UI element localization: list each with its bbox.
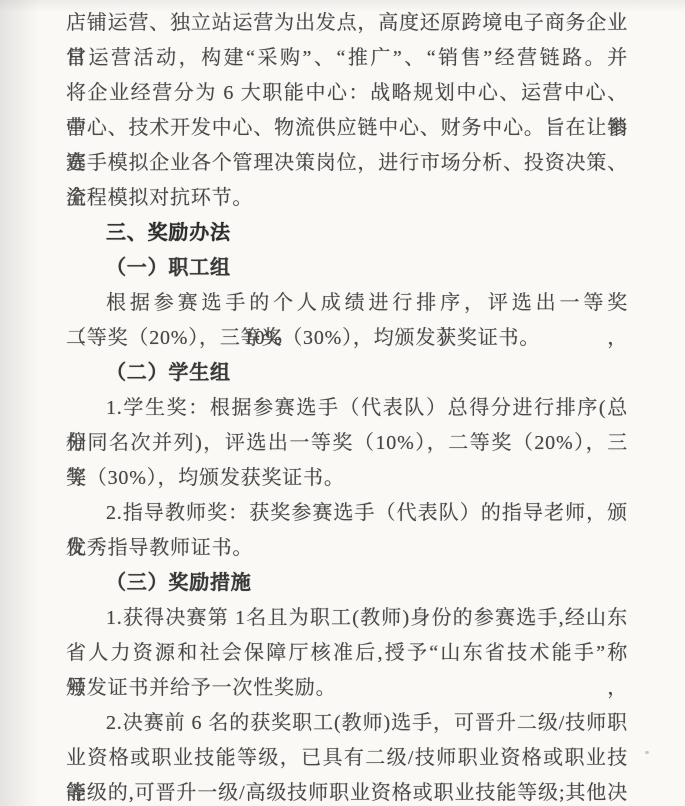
section-heading: 三、奖励办法 bbox=[66, 216, 628, 251]
body-line: 等级的,可晋升一级/高级技师职业资格或职业技能等级;其他决 bbox=[66, 776, 628, 806]
subsection-heading: （一）职工组 bbox=[66, 251, 628, 286]
body-line: 相同名次并列)，评选出一等奖（10%），二等奖（20%），三等 bbox=[66, 426, 628, 461]
body-line: 奖（30%），均颁发获奖证书。 bbox=[66, 461, 628, 496]
body-line: 1.获得决赛第 1名且为职工(教师)身份的参赛选手,经山东 bbox=[66, 601, 628, 636]
body-line: 将企业经营分为 6 大职能中心：战略规划中心、运营中心、营销 bbox=[66, 76, 628, 111]
text-block: 店铺运营、独立站运营为出发点，高度还原跨境电子商务企业日 常运营活动，构建“采购… bbox=[66, 6, 628, 806]
subsection-heading: （二）学生组 bbox=[66, 356, 628, 391]
body-line: 中心、技术开发中心、物流供应链中心、财务中心。旨在让参赛 bbox=[66, 111, 628, 146]
body-line: 流程模拟对抗环节。 bbox=[66, 181, 628, 216]
body-line: 业资格或职业技能等级，已具有二级/技师职业资格或职业技能 bbox=[66, 741, 628, 776]
body-line: 选手模拟企业各个管理决策岗位，进行市场分析、投资决策、全 bbox=[66, 146, 628, 181]
body-line: 省人力资源和社会保障厅核准后,授予“山东省技术能手”称号， bbox=[66, 636, 628, 671]
subsection-heading: （三）奖励措施 bbox=[66, 566, 628, 601]
body-line: 店铺运营、独立站运营为出发点，高度还原跨境电子商务企业日 bbox=[66, 6, 628, 41]
body-line: 1.学生奖：根据参赛选手（代表队）总得分进行排序(总分 bbox=[66, 391, 628, 426]
body-line: 常运营活动，构建“采购”、“推广”、“销售”经营链路。并 bbox=[66, 41, 628, 76]
scan-left-shadow bbox=[0, 0, 46, 806]
scan-speck bbox=[645, 751, 649, 754]
body-line: 优秀指导教师证书。 bbox=[66, 531, 628, 566]
body-line: 2.决赛前 6 名的获奖职工(教师)选手，可晋升二级/技师职 bbox=[66, 706, 628, 741]
body-line: 2.指导教师奖：获奖参赛选手（代表队）的指导老师，颁发 bbox=[66, 496, 628, 531]
document-page: 店铺运营、独立站运营为出发点，高度还原跨境电子商务企业日 常运营活动，构建“采购… bbox=[0, 0, 685, 806]
body-line: 根据参赛选手的个人成绩进行排序，评选出一等奖（10%）， bbox=[66, 286, 628, 321]
